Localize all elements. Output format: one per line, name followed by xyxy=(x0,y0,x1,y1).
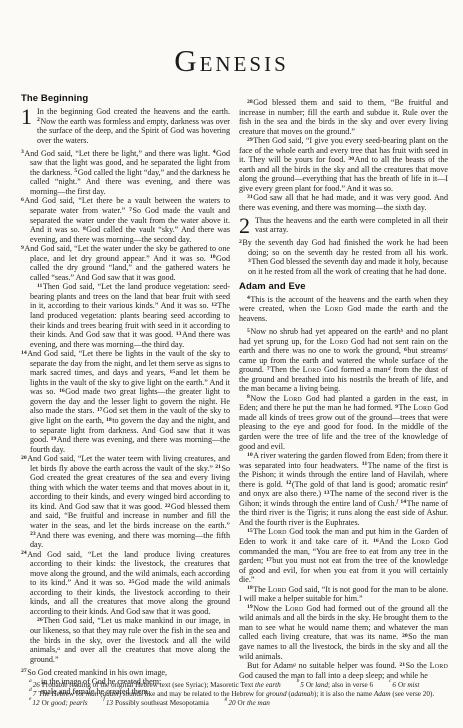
verse-paragraph: 4This is the account of the heavens and … xyxy=(239,295,448,324)
verse-paragraph: 14And God said, “Let there be lights in … xyxy=(21,349,230,454)
verse-number: 23 xyxy=(30,531,36,537)
verse-number: 17 xyxy=(97,407,103,413)
verse-number: 8 xyxy=(247,394,250,400)
verse-number: 3 xyxy=(248,258,251,264)
verse-number: 21 xyxy=(399,662,405,668)
verse-number: 15 xyxy=(169,369,175,375)
verse-paragraph: 28God blessed them and said to them, “Be… xyxy=(239,98,448,136)
verse-paragraph: 10A river watering the garden flowed fro… xyxy=(239,451,448,527)
italic-text: mist xyxy=(407,681,419,689)
divine-name: Lord xyxy=(325,304,343,313)
book-title: GENESIS xyxy=(0,48,463,80)
verse-number: 14 xyxy=(400,499,406,505)
footnote-entry: a26Probable reading of the original Hebr… xyxy=(29,681,281,689)
verse-number: 2 xyxy=(239,239,242,245)
italic-text: good; pearls xyxy=(51,699,88,707)
chapter-number: 2 xyxy=(239,216,255,235)
verse-number: 31 xyxy=(247,194,253,200)
verse-paragraph: Thus the heavens and the earth were comp… xyxy=(255,216,448,235)
footnote-letter: d xyxy=(29,687,32,693)
poetry-line: 27So God created mankind in his own imag… xyxy=(21,668,230,678)
footnote-letter: a xyxy=(29,678,32,684)
verse-number: 8 xyxy=(83,226,86,232)
footnote-letter: b xyxy=(297,678,300,684)
verse-number: 19 xyxy=(51,436,57,442)
divine-name: Lord xyxy=(285,604,303,613)
verse-number: 12 xyxy=(211,302,217,308)
verse-number: 27 xyxy=(21,668,27,674)
footnote-entry: c6Or mist xyxy=(389,681,419,689)
verse-paragraph: 26Then God said, “Let us make mankind in… xyxy=(21,616,230,664)
verse-number: 6 xyxy=(404,347,407,353)
italic-text: adamah xyxy=(291,690,314,698)
italic-text: the man xyxy=(247,699,270,707)
verse-number: 20 xyxy=(402,633,408,639)
right-column: 28God blessed them and said to them, “Be… xyxy=(239,93,448,696)
verse-paragraph: 3And God said, “Let there be light,” and… xyxy=(21,149,230,197)
verse-number: 19 xyxy=(247,604,253,610)
italic-text: land xyxy=(315,681,328,689)
verse-number: 6 xyxy=(21,197,24,203)
section-heading: Adam and Eve xyxy=(239,281,448,292)
divine-name: Lord xyxy=(284,394,302,403)
footnote-verse-ref: 13 xyxy=(106,699,113,707)
left-column: The Beginning1In the beginning God creat… xyxy=(21,93,230,696)
footnote-letter: g xyxy=(225,696,228,702)
verse-paragraph: 31God saw all that he had made, and it w… xyxy=(239,193,448,212)
verse-number: 15 xyxy=(247,528,253,534)
footnote-entry: b5Or land; also in verse 6 xyxy=(297,681,374,689)
verse-number: 3 xyxy=(21,149,24,155)
verse-number: 7 xyxy=(129,207,132,213)
verse-number: 17 xyxy=(266,557,272,563)
verse-number: 29 xyxy=(247,137,253,143)
verse-paragraph: 9And God said, “Let the water under the … xyxy=(21,244,230,282)
verse-number: 4 xyxy=(247,295,250,301)
divine-name: Lord xyxy=(411,537,429,546)
footnote-marker: e xyxy=(445,480,448,486)
footnote-verse-ref: 6 xyxy=(392,681,396,689)
verse-paragraph: 20And God said, “Let the water teem with… xyxy=(21,454,230,549)
section-heading: The Beginning xyxy=(21,93,230,104)
verse-number: 20 xyxy=(21,455,27,461)
divine-name: Lord xyxy=(268,585,286,594)
verse-paragraph: 2By the seventh day God had finished the… xyxy=(239,238,448,276)
verse-number: 9 xyxy=(395,404,398,410)
footnote-verse-ref: 5 xyxy=(300,681,304,689)
verse-number: 12 xyxy=(286,480,292,486)
verse-number: 24 xyxy=(21,550,27,556)
footnote-marker: g xyxy=(293,662,296,668)
verse-number: 21 xyxy=(215,464,221,470)
divine-name: Lord xyxy=(430,661,448,670)
verse-number: 18 xyxy=(247,585,253,591)
verse-number: 13 xyxy=(176,331,182,337)
verse-number: 10 xyxy=(247,452,253,458)
italic-text: man xyxy=(86,690,98,698)
verse-number: 18 xyxy=(106,417,112,423)
verse-number: 25 xyxy=(129,579,135,585)
footnote-marker: b xyxy=(400,328,403,334)
footnotes-block: a26Probable reading of the original Hebr… xyxy=(29,681,450,709)
divine-name: Lord xyxy=(303,365,321,374)
divine-name: Lord xyxy=(268,527,286,536)
divine-name: Lord xyxy=(330,337,348,346)
chapter-number: 1 xyxy=(21,107,37,145)
footnote-entry: d7The Hebrew for man (adam) sounds like … xyxy=(29,690,434,698)
footnote-letter: c xyxy=(389,678,391,684)
verse-number: 14 xyxy=(21,350,27,356)
verse-number: 28 xyxy=(247,99,253,105)
verse-paragraph: 24And God said, “Let the land produce li… xyxy=(21,550,230,617)
footnote-marker: c xyxy=(445,347,448,353)
footnote-marker: d xyxy=(388,366,391,372)
verse-number: 2 xyxy=(37,117,40,123)
verse-paragraph: 6And God said, “Let there be a vault bet… xyxy=(21,196,230,244)
verse-paragraph: 5Now no shrub had yet appeared on the ea… xyxy=(239,327,448,394)
verse-number: 5 xyxy=(247,328,250,334)
verse-number: 11 xyxy=(37,283,42,289)
verse-paragraph: 15The Lord God took the man and put him … xyxy=(239,527,448,584)
verse-number: 13 xyxy=(324,490,330,496)
footnote-entry: e12Or good; pearls xyxy=(29,699,88,707)
footnote-letter: f xyxy=(103,696,105,702)
italic-text: ground xyxy=(266,690,287,698)
bible-page: GENESIS The Beginning1In the beginning G… xyxy=(0,0,463,728)
verse-number: 30 xyxy=(348,156,354,162)
verse-number: 10 xyxy=(210,254,216,260)
verse-number: 4 xyxy=(213,149,216,155)
verse-number: 9 xyxy=(21,245,24,251)
verse-paragraph: 8Now the Lord God had planted a garden i… xyxy=(239,394,448,451)
divine-name: Lord xyxy=(413,403,431,412)
verse-number: 16 xyxy=(59,388,65,394)
chapter-block: 1In the beginning God created the heaven… xyxy=(21,107,230,145)
book-title-rest: ENESIS xyxy=(200,52,289,76)
verse-paragraph: 18The Lord God said, “It is not good for… xyxy=(239,585,448,604)
verse-number: 7 xyxy=(267,366,270,372)
footnote-verse-ref: 20 xyxy=(228,699,235,707)
verse-number: 11 xyxy=(362,461,367,467)
footnote-verse-ref: 26 xyxy=(33,681,40,689)
chapter-block: 2Thus the heavens and the earth were com… xyxy=(239,216,448,235)
book-title-initial: G xyxy=(174,43,199,78)
verse-paragraph: 19Now the Lord God had formed out of the… xyxy=(239,604,448,661)
verse-paragraph: But for Adamg no suitable helper was fou… xyxy=(239,661,448,680)
text-columns: The Beginning1In the beginning God creat… xyxy=(0,80,463,696)
footnote-entry: f13Possibly southeast Mesopotamia xyxy=(103,699,209,707)
verse-number: 16 xyxy=(373,538,379,544)
italic-text: Adam xyxy=(374,690,391,698)
verse-number: 5 xyxy=(74,168,77,174)
verse-paragraph: 29Then God said, “I give you every seed-… xyxy=(239,136,448,193)
footnote-entry: g20Or the man xyxy=(225,699,270,707)
verse-number: 22 xyxy=(165,503,171,509)
footnote-marker: a xyxy=(57,646,60,652)
footnote-verse-ref: 12 xyxy=(32,699,39,707)
footnote-marker: f xyxy=(396,499,398,505)
italic-text: the earth xyxy=(255,681,281,689)
verse-paragraph: 11Then God said, “Let the land produce v… xyxy=(21,282,230,349)
verse-number: 26 xyxy=(37,617,43,623)
footnote-verse-ref: 7 xyxy=(33,690,37,698)
verse-paragraph: In the beginning God created the heavens… xyxy=(37,107,230,145)
